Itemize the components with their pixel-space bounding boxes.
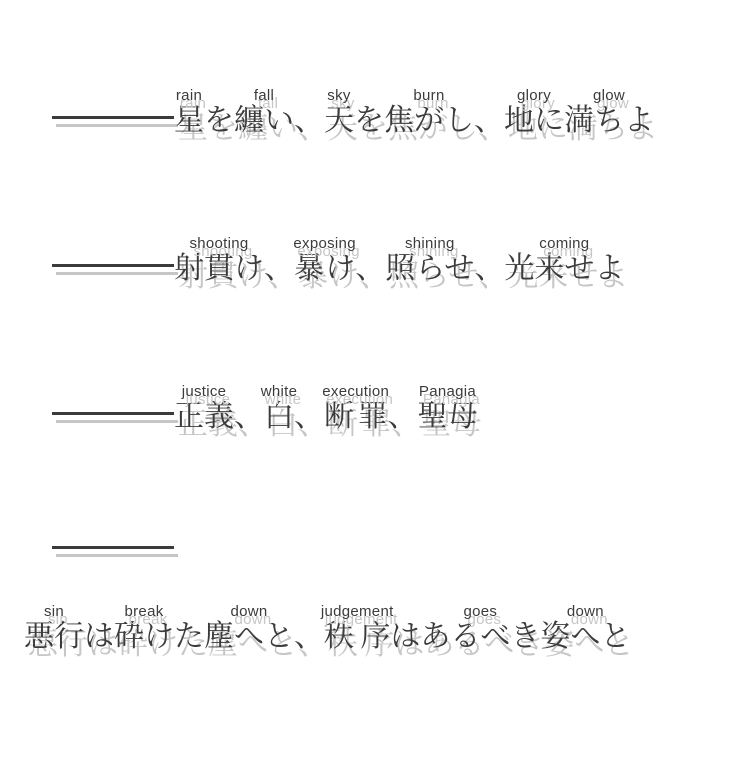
japanese-base-text: 姿へと (540, 620, 630, 653)
lyrics-stage: 星rainを纏いfall、天skyを焦がしburn、地にglory満ちよglow… (0, 0, 749, 764)
lyric-segment: 天sky (324, 104, 354, 137)
lyric-segment: 悪行sin (24, 620, 84, 653)
japanese-base-text: 、 (474, 252, 504, 285)
instrumental-dash-line (52, 116, 174, 119)
lyric-segment: 断罪execution (324, 400, 387, 433)
instrumental-dash-line (52, 412, 174, 415)
english-gloss: break (114, 603, 174, 620)
lyric-segment: 正義justice (174, 400, 234, 433)
lyric-segment: 射貫けshooting (174, 252, 264, 285)
japanese-base-text: 悪行 (24, 620, 84, 653)
japanese-base-text: 光来せよ (504, 252, 624, 285)
lyric-segment: 纏いfall (234, 104, 294, 137)
japanese-base-text: 、 (474, 104, 504, 137)
english-gloss: shining (385, 235, 474, 252)
japanese-base-text: 満ちよ (564, 104, 654, 137)
lyric-segment: 地にglory (504, 104, 564, 137)
english-gloss: exposing (293, 235, 355, 252)
english-gloss: down (540, 603, 630, 620)
english-gloss: judgement (321, 603, 394, 620)
english-gloss: justice (174, 383, 234, 400)
english-gloss: sin (24, 603, 84, 620)
english-gloss: goes (420, 603, 540, 620)
japanese-base-text: た (174, 620, 204, 653)
instrumental-dash-line (52, 546, 174, 549)
english-gloss: glow (564, 87, 654, 104)
japanese-base-text: は (390, 620, 420, 653)
japanese-base-text: 砕け (114, 620, 174, 653)
japanese-base-text: 焦がし (384, 104, 474, 137)
japanese-base-text: 地に (504, 104, 564, 137)
japanese-base-text: 、 (294, 620, 324, 653)
japanese-base-text: 射貫け (174, 252, 264, 285)
lyric-segment: 白white (264, 400, 294, 433)
lyric-segment: あるべきgoes (420, 620, 540, 653)
japanese-base-text: 暴け (293, 252, 355, 285)
english-gloss: white (261, 383, 298, 400)
japanese-base-text: 聖母 (417, 400, 477, 433)
english-gloss: execution (322, 383, 389, 400)
japanese-base-text: 、 (387, 400, 417, 433)
lyric-segment: 焦がしburn (384, 104, 474, 137)
japanese-base-text: を (354, 104, 384, 137)
english-gloss: Panagia (417, 383, 477, 400)
lyric-line-3: 正義justice、白white、断罪execution、聖母Panagia (52, 384, 477, 434)
japanese-base-text: 秩序 (321, 620, 394, 653)
japanese-base-text: は (84, 620, 114, 653)
english-gloss: down (204, 603, 294, 620)
japanese-base-text: 、 (355, 252, 385, 285)
japanese-base-text: を (204, 104, 234, 137)
japanese-base-text: 、 (234, 400, 264, 433)
japanese-base-text: 白 (261, 400, 298, 433)
lyric-line-2: 射貫けshooting、暴けexposing、照らせshining、光来せよco… (52, 236, 624, 286)
japanese-base-text: 星 (174, 104, 204, 137)
japanese-base-text: 、 (294, 400, 324, 433)
japanese-base-text: 、 (264, 252, 294, 285)
english-gloss: glory (504, 87, 564, 104)
lyric-line-1: 星rainを纏いfall、天skyを焦がしburn、地にglory満ちよglow (52, 88, 654, 138)
lyric-segment: 暴けexposing (294, 252, 355, 285)
english-gloss: shooting (174, 235, 264, 252)
lyric-segment: 秩序judgement (324, 620, 390, 653)
lyric-segment: 星rain (174, 104, 204, 137)
lyric-line-5: 悪行sinは砕けbreakた塵へとdown、秩序judgementはあるべきgo… (24, 604, 630, 654)
japanese-base-text: あるべき (420, 620, 540, 653)
japanese-base-text: 、 (294, 104, 324, 137)
japanese-base-text: 天 (324, 104, 354, 137)
lyric-segment: 照らせshining (385, 252, 474, 285)
lyric-segment: 満ちよglow (564, 104, 654, 137)
japanese-base-text: 纏い (234, 104, 294, 137)
lyric-segment: 姿へとdown (540, 620, 630, 653)
lyric-segment: 聖母Panagia (417, 400, 477, 433)
english-gloss: rain (174, 87, 204, 104)
lyric-segment: 塵へとdown (204, 620, 294, 653)
japanese-base-text: 正義 (174, 400, 234, 433)
english-gloss: burn (384, 87, 474, 104)
english-gloss: sky (324, 87, 354, 104)
japanese-base-text: 断罪 (322, 400, 389, 433)
lyric-segment: 砕けbreak (114, 620, 174, 653)
english-gloss: fall (234, 87, 294, 104)
english-gloss: coming (504, 235, 624, 252)
instrumental-dash-line (52, 264, 174, 267)
lyric-line-4-instrumental (52, 534, 174, 568)
japanese-base-text: 照らせ (385, 252, 474, 285)
japanese-base-text: 塵へと (204, 620, 294, 653)
lyric-segment: 光来せよcoming (504, 252, 624, 285)
